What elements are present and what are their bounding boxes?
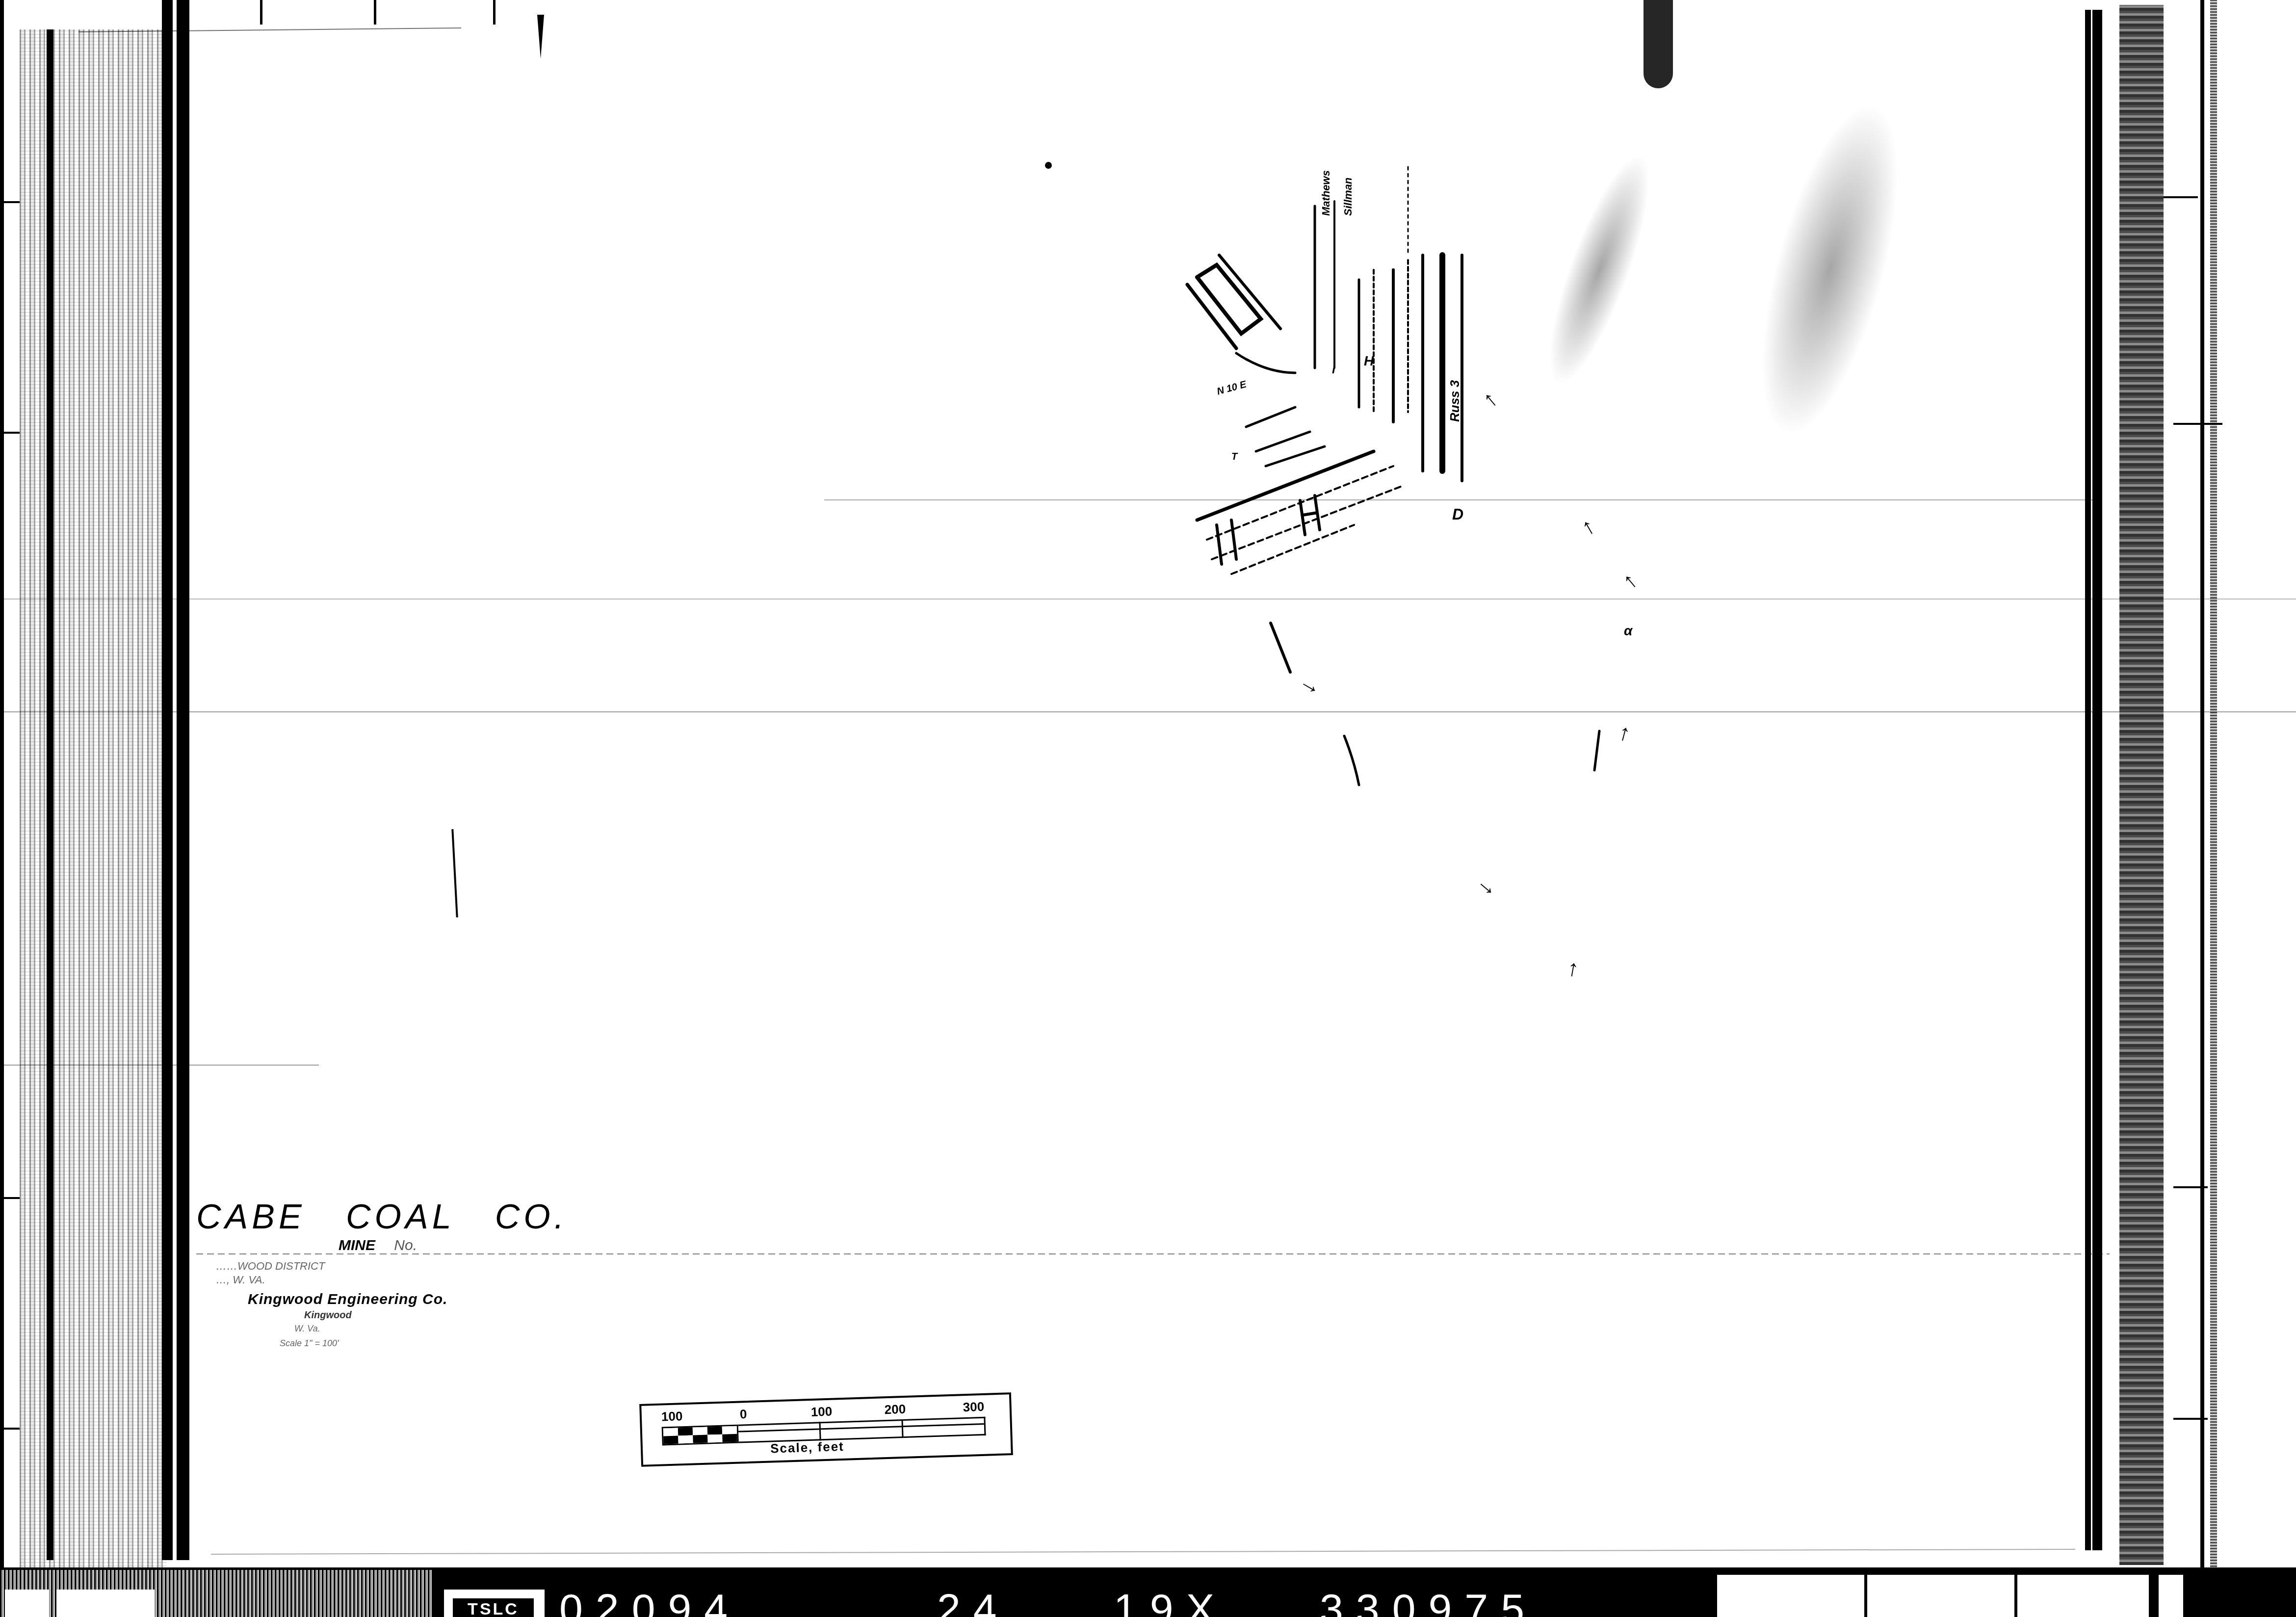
border-tick — [2173, 1418, 2208, 1420]
right-border-noise — [2119, 5, 2164, 1565]
top-smudge — [537, 15, 544, 59]
arrow-mark: ↑ — [1565, 956, 1581, 980]
grid-line — [0, 711, 2296, 712]
right-border-line — [2085, 10, 2091, 1550]
grid-line — [196, 1253, 2110, 1254]
film-frame-number: 24 — [937, 1582, 1055, 1617]
film-strip-gap — [1717, 1575, 2149, 1617]
border-tick — [0, 1197, 20, 1199]
annotation-mathews: Mathews — [1320, 170, 1332, 216]
company-name: CABE COAL CO. — [196, 1197, 568, 1236]
scan-smudge — [1733, 90, 1927, 449]
scan-smudge — [1644, 0, 1673, 88]
annotation-sillman: Sillman — [1342, 178, 1355, 216]
film-code: 19X — [1114, 1582, 1231, 1617]
left-border-line — [47, 29, 53, 1560]
county-text: …, W. VA. — [216, 1274, 265, 1286]
border-tick — [0, 432, 20, 434]
engineer-town: Kingwood — [304, 1310, 352, 1321]
border-tick — [2164, 196, 2198, 198]
faint-line: W. Va. — [294, 1324, 320, 1334]
left-border-line — [162, 0, 173, 1560]
annotation-h: H — [1364, 353, 1374, 369]
annotation-d: D — [1452, 505, 1463, 523]
left-border-noise — [20, 29, 167, 1570]
sketch-lines — [1168, 108, 1609, 819]
grid-line — [0, 1065, 319, 1066]
film-strip-gap — [56, 1590, 155, 1617]
scale-caption: Scale, feet — [770, 1439, 845, 1457]
grid-line — [0, 599, 2296, 600]
right-border-noise — [2210, 0, 2217, 1570]
mine-label: MINE No. — [339, 1237, 417, 1254]
scale-segment — [903, 1417, 986, 1438]
border-tick — [0, 201, 20, 203]
film-reel-number: 02094 — [559, 1582, 854, 1617]
map-mark — [451, 829, 458, 917]
right-border-line — [2092, 10, 2102, 1550]
district-text: ……WOOD DISTRICT — [216, 1260, 325, 1273]
border-tick — [0, 1428, 20, 1430]
border-tick — [374, 0, 376, 25]
annotation-i: I — [1332, 363, 1335, 377]
arrow-mark: ↑ — [1616, 720, 1633, 745]
left-film-edge — [0, 0, 4, 1617]
right-border-line — [2200, 0, 2204, 1570]
film-tag-label: TSLC — [453, 1598, 534, 1617]
border-tick — [493, 0, 496, 25]
arrow-mark: ↑ — [1475, 878, 1499, 901]
scale-segment — [821, 1419, 904, 1440]
border-tick — [2173, 423, 2222, 425]
annotation-t: T — [1231, 451, 1237, 463]
border-tick — [260, 0, 262, 25]
map-bottom-edge — [211, 1549, 2075, 1555]
mine-workings-sketch: Mathews Sillman Russ 3 D H I N 10 E α T — [1168, 108, 1609, 819]
border-tick — [2173, 1186, 2208, 1188]
arrow-mark: ↑ — [1618, 568, 1641, 593]
left-border-line — [177, 0, 189, 1560]
faint-line: Scale 1" = 100' — [280, 1338, 339, 1349]
film-tag: TSLC — [444, 1590, 545, 1617]
annotation-russ-3: Russ 3 — [1447, 380, 1462, 422]
annotation-alpha: α — [1624, 623, 1632, 639]
film-strip-gap — [2159, 1575, 2183, 1617]
engineer-name: Kingwood Engineering Co. — [248, 1291, 447, 1308]
film-serial-number: 330975 — [1320, 1582, 1663, 1617]
scale-checker — [662, 1425, 739, 1446]
film-strip-gap — [5, 1590, 49, 1617]
map-dot — [1045, 162, 1052, 169]
scale-bar: 100 0 100 200 300 Scale, feet — [639, 1392, 1013, 1467]
